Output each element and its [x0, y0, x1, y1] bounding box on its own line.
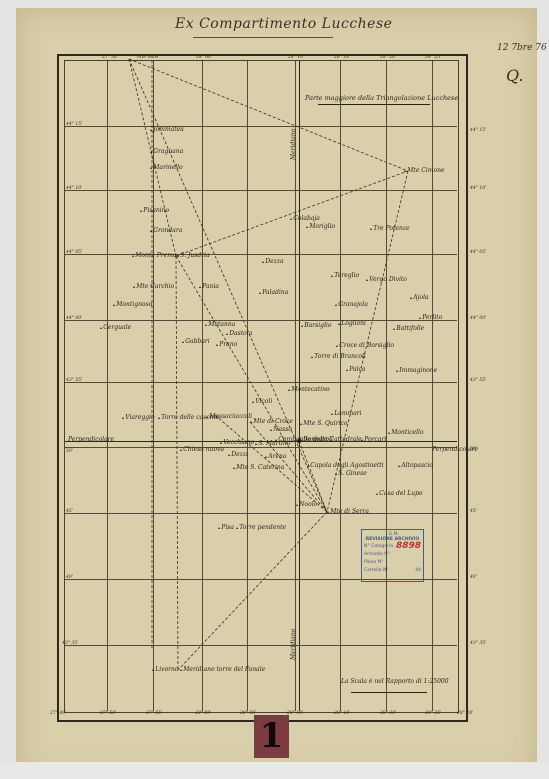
left-tick: 45'	[66, 509, 73, 514]
stamp-row-label: Armadio N°	[364, 552, 390, 557]
place-label: Porcari	[361, 436, 386, 443]
place-label: Casa del Lupo	[376, 490, 423, 497]
left-tick: 44° 15'	[66, 122, 82, 127]
place-label: Mte Carchio	[133, 283, 174, 290]
place-label: Cerguale	[100, 324, 131, 331]
top-tick: 28° 20'	[380, 55, 396, 60]
stamp-row-value: 44	[415, 568, 421, 573]
bottom-tick: 28° 10'	[287, 711, 303, 716]
top-tick: 27° 50'	[102, 55, 118, 60]
place-label: Mte di Serra	[327, 508, 369, 515]
left-tick: 40'	[66, 575, 73, 580]
place-label: Massaciuccoli	[206, 413, 252, 420]
triangulation-heading: Parte maggiore della Triangolazione Lucc…	[305, 94, 458, 102]
place-label: Jommatea	[150, 126, 184, 133]
place-label: Granajola	[335, 301, 368, 308]
place-label: Colabaja	[290, 215, 320, 222]
place-label: Tereglio	[331, 272, 359, 279]
place-label: S. Ginese	[335, 470, 367, 477]
right-tick: 44° 05'	[470, 250, 486, 255]
place-label: Monte Prema	[132, 252, 177, 259]
place-label: Capola degli Agostinetti	[307, 462, 384, 469]
place-label: S. Jusdria	[177, 252, 210, 259]
right-tick: 44° 15'	[470, 128, 486, 133]
place-label: Pania	[199, 283, 219, 290]
place-label: Mte di Croce	[250, 418, 293, 425]
place-label: Matanna	[205, 321, 235, 328]
place-label: Tre Potenze	[370, 225, 410, 232]
place-label: Montignoso	[113, 301, 152, 308]
place-label: Chiesa nuova	[180, 446, 224, 453]
stamp-category-number: 8898	[396, 541, 421, 551]
stamp-row-label: Piano N°	[364, 560, 383, 565]
left-tick: 44° 00'	[66, 316, 82, 321]
stamp-row: Armadio N°	[364, 550, 421, 558]
place-label: Bonnaroli	[300, 436, 333, 443]
sheet-number-tab: 1	[254, 715, 289, 758]
scale-note: La Scala è nel Rapporto di 1:25000	[341, 678, 449, 685]
bottom-tick: 28° 25'	[425, 711, 441, 716]
place-label: Lammari	[331, 410, 362, 417]
bottom-tick: 27° 55'	[146, 711, 162, 716]
place-label: Dastoia	[226, 330, 252, 337]
place-label: Montecatino	[288, 386, 330, 393]
bottom-tick: 28° 20'	[380, 711, 396, 716]
place-label: Mte S. Quirico	[300, 420, 347, 427]
bottom-tick: 27° 50'	[100, 711, 116, 716]
bottom-tick: 27° 48'	[50, 711, 66, 716]
place-label: Prano	[216, 341, 237, 348]
place-label: Mte Cimone	[404, 167, 445, 174]
right-tick: 40'	[470, 575, 477, 580]
place-label: Gabbari	[182, 338, 210, 345]
place-label: Arena	[265, 453, 286, 460]
bottom-tick: 28° 28'	[457, 711, 473, 716]
place-label: Pisa	[218, 524, 234, 531]
stamp-row: Cartella N°44	[364, 566, 421, 574]
place-label: Nasso	[270, 426, 292, 433]
place-label: Torre di Brancoli	[311, 353, 366, 360]
place-label: Perlito	[419, 314, 442, 321]
place-label: Loglioni	[338, 320, 366, 327]
top-tick: 28° 10'	[288, 55, 304, 60]
place-label: Torre pendente	[236, 524, 286, 531]
top-tick: 28° 00'	[196, 55, 212, 60]
place-label: Ajola	[410, 294, 429, 301]
place-label: Moriglio	[306, 223, 335, 230]
place-label: Noolo	[296, 501, 317, 508]
meridian-label-top: Meridiano	[290, 129, 297, 160]
place-label: Battifolle	[393, 325, 424, 332]
place-label: Monticello	[388, 429, 424, 436]
archive-stamp: I.G.M. REVISIONE ARCHIVIO N° Categoria88…	[361, 529, 424, 582]
top-tick: 28° 25'	[425, 55, 441, 60]
place-label: Vecchiano	[220, 439, 254, 446]
stamp-row-label: Cartella N°	[364, 568, 389, 573]
bottom-tick: 28° 00'	[195, 711, 211, 716]
place-label: Immaginone	[396, 367, 437, 374]
place-label: Marinello	[150, 164, 183, 171]
left-tick: 50'	[66, 449, 73, 454]
place-label: Palca	[346, 366, 365, 373]
place-label: Pisanino	[140, 207, 169, 214]
place-label: Vergo Divito	[366, 276, 407, 283]
meridian-label-bottom: Meridiano	[290, 629, 297, 660]
bottom-tick: 28° 15'	[334, 711, 350, 716]
scale-underline	[351, 692, 427, 693]
heading-underline	[318, 104, 430, 105]
place-label: Paladina	[259, 289, 288, 296]
place-label: Livorno	[152, 666, 179, 673]
left-tick: 43° 35'	[62, 641, 78, 646]
left-tick: 44° 05'	[66, 250, 82, 255]
right-tick: 43° 35'	[470, 641, 486, 646]
perpendicular-label-right: Perpendicolare	[432, 446, 478, 453]
place-label: Dezzi	[228, 451, 248, 458]
left-tick: 43° 55'	[66, 378, 82, 383]
right-tick: 44° 10'	[470, 186, 486, 191]
place-label: Dezza	[262, 258, 284, 265]
left-tick: 44° 10'	[66, 186, 82, 191]
place-label: Altopascio	[398, 462, 433, 469]
stamp-row-label: N° Categoria	[364, 544, 393, 549]
right-tick: 44° 00'	[470, 316, 486, 321]
place-label: Grondara	[150, 227, 182, 234]
place-label: Croce di Borsiglio	[336, 342, 394, 349]
place-label: Gragnana	[150, 148, 183, 155]
triangulation-lines	[0, 0, 549, 779]
stamp-row: Piano N°	[364, 558, 421, 566]
place-label: Mte S. Caterina	[233, 464, 284, 471]
right-tick: 43° 55'	[470, 378, 486, 383]
stamp-row: N° Categoria8898	[364, 542, 421, 550]
scan-background	[0, 762, 549, 779]
place-label: Meridiano torre del Fanale	[180, 666, 265, 673]
place-label: Viareggio	[122, 414, 155, 421]
top-tick: 28° 18'	[334, 55, 350, 60]
right-tick: 45'	[470, 509, 477, 514]
perpendicular-label-left: Perpendicolare	[68, 436, 114, 443]
place-label: Barsiglio	[301, 322, 331, 329]
top-tick: Mte Saisi	[137, 55, 158, 60]
place-label: Vicoli	[252, 398, 272, 405]
